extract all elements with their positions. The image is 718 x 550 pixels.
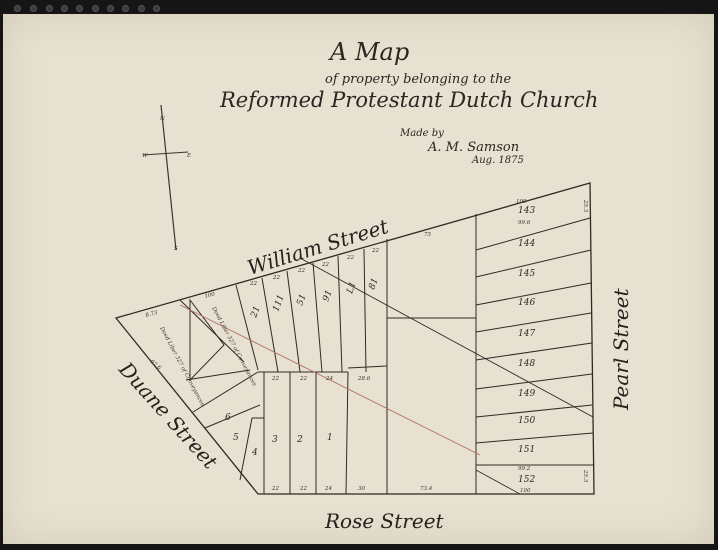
dimension-label: 62.6 bbox=[149, 359, 163, 372]
compass-west-label: W bbox=[142, 153, 149, 159]
dimension-label: 8.73 bbox=[145, 310, 159, 319]
property-map: N W E S bbox=[0, 0, 718, 550]
compass-rose bbox=[143, 105, 188, 250]
dimension-label: 22 bbox=[271, 486, 279, 492]
dimension-label: 24 bbox=[324, 486, 332, 492]
dimension-label: 99.6 bbox=[518, 220, 531, 226]
lot-label: 6 bbox=[225, 413, 231, 423]
lot-label: 149 bbox=[518, 389, 535, 399]
dimension-label: 24 bbox=[325, 376, 333, 382]
lot-label: 81 bbox=[367, 277, 380, 291]
dimension-label: 22 bbox=[321, 262, 329, 268]
dimension-label: 22 bbox=[346, 255, 354, 261]
lot-label: 91 bbox=[321, 289, 334, 303]
lot-label: L1 bbox=[345, 281, 359, 296]
lot-label: 145 bbox=[518, 269, 535, 279]
compass-east-label: E bbox=[186, 153, 191, 159]
compass-north-label: N bbox=[159, 116, 165, 122]
dimension-label: 25.3 bbox=[582, 469, 588, 483]
lot-label: 143 bbox=[518, 206, 535, 216]
lot-label: 148 bbox=[518, 359, 535, 369]
lot-label: 1 bbox=[327, 433, 333, 443]
lot-label: 146 bbox=[518, 298, 535, 308]
dimension-label: 25.3 bbox=[582, 199, 588, 213]
lot-label: 51 bbox=[295, 293, 308, 307]
dimension-label: 28.6 bbox=[357, 376, 371, 382]
dimension-label: 99.2 bbox=[518, 466, 531, 472]
dimension-label: 22 bbox=[371, 248, 379, 254]
lot-label: 111 bbox=[271, 293, 286, 313]
dimension-label: 75 bbox=[424, 232, 431, 238]
central-lots bbox=[387, 239, 476, 494]
street-label-pearl: Pearl Street bbox=[609, 287, 633, 411]
rose-street-lots bbox=[264, 372, 348, 494]
dimension-label: 22 bbox=[271, 376, 279, 382]
survey-line-diagonal bbox=[300, 258, 593, 417]
dimension-label: 22 bbox=[299, 486, 307, 492]
dimension-label: 22 bbox=[299, 376, 307, 382]
street-label-rose: Rose Street bbox=[324, 509, 445, 533]
lot-label: 152 bbox=[518, 475, 535, 485]
survey-line-lower bbox=[476, 470, 520, 494]
lot-label: 144 bbox=[518, 239, 535, 249]
dimension-label: 22 bbox=[272, 275, 280, 281]
dimension-label: 22 bbox=[297, 268, 305, 274]
lot-label: 3 bbox=[272, 435, 278, 445]
lot-label: 150 bbox=[518, 416, 535, 426]
dimension-label: 73.4 bbox=[420, 486, 433, 492]
lot-label: 21 bbox=[249, 305, 263, 320]
lot-label: 151 bbox=[518, 445, 535, 455]
dimension-label: 100 bbox=[516, 199, 527, 205]
lot-label: 2 bbox=[296, 435, 303, 445]
street-label-william: William Street bbox=[244, 214, 392, 280]
dimension-label: 22 bbox=[249, 281, 257, 287]
lot-label: 4 bbox=[251, 448, 258, 458]
dimension-label: 100 bbox=[520, 488, 531, 494]
dimension-label: 30 bbox=[358, 486, 365, 492]
lot-label: 147 bbox=[518, 329, 535, 339]
street-label-duane: Duane Street bbox=[114, 357, 223, 475]
compass-south-label: S bbox=[174, 246, 178, 252]
lot-label: 5 bbox=[233, 433, 239, 443]
